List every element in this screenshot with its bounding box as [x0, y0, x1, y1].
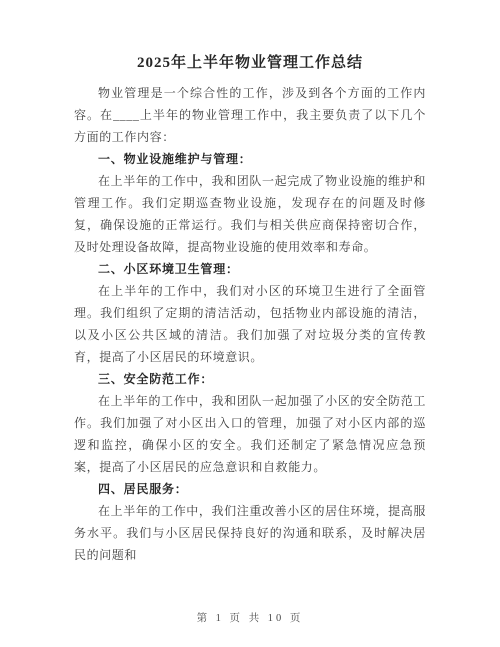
section-1-body: 在上半年的工作中，我和团队一起完成了物业设施的维护和管理工作。我们定期巡查物业设… — [74, 170, 426, 258]
document-page: 2025年上半年物业管理工作总结 物业管理是一个综合性的工作，涉及到各个方面的工… — [0, 0, 500, 647]
intro-paragraph: 物业管理是一个综合性的工作，涉及到各个方面的工作内容。在____上半年的物业管理… — [74, 82, 426, 148]
section-4-heading: 四、居民服务： — [74, 478, 426, 500]
section-4-body: 在上半年的工作中，我们注重改善小区的居住环境，提高服务水平。我们与小区居民保持良… — [74, 500, 426, 566]
section-3-body: 在上半年的工作中，我和团队一起加强了小区的安全防范工作。我们加强了对小区出入口的… — [74, 390, 426, 478]
section-3-heading: 三、安全防范工作： — [74, 368, 426, 390]
section-1-heading: 一、物业设施维护与管理： — [74, 148, 426, 170]
section-2-body: 在上半年的工作中，我们对小区的环境卫生进行了全面管理。我们组织了定期的清洁活动，… — [74, 280, 426, 368]
section-2-heading: 二、小区环境卫生管理： — [74, 258, 426, 280]
document-title: 2025年上半年物业管理工作总结 — [74, 50, 426, 76]
page-number-footer: 第 1 页 共 10 页 — [0, 610, 500, 625]
